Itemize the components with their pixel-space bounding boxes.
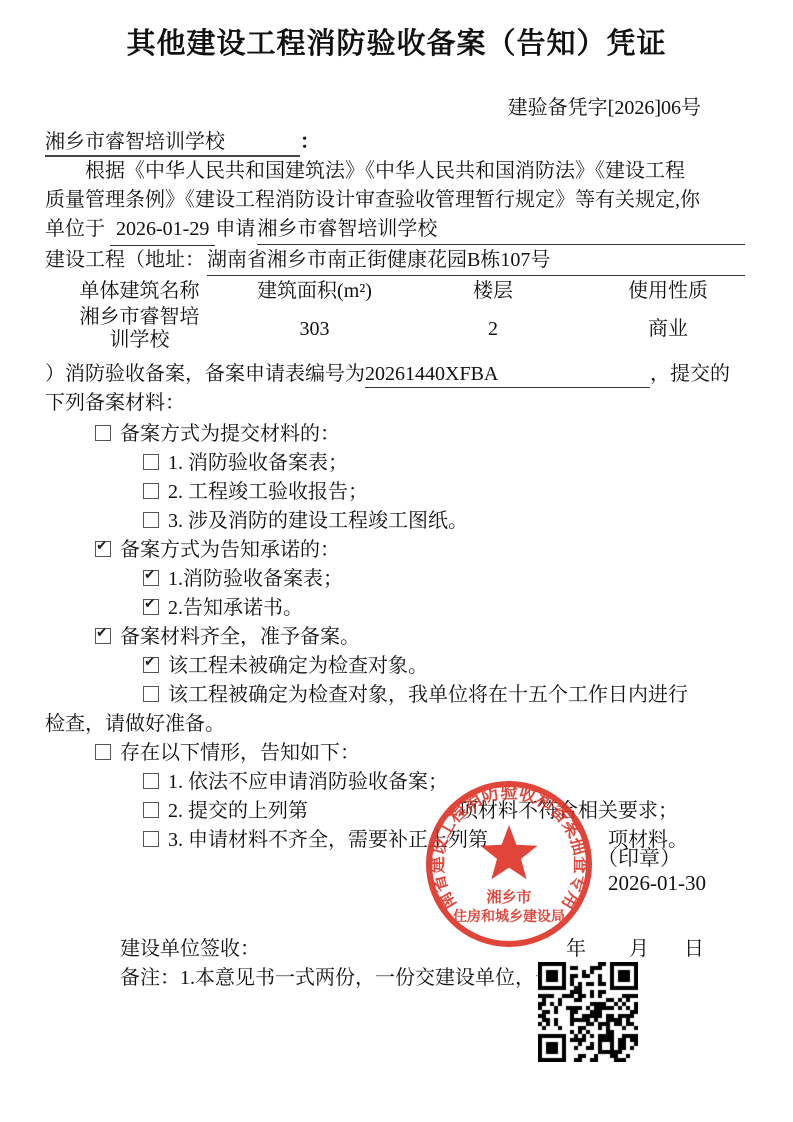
filing-line: ）消防验收备案，备案申请表编号为20261440XFBA，提交的 — [45, 360, 745, 389]
checklist-item: 备案方式为提交材料的： — [95, 420, 745, 449]
checklist-item: 该工程未被确定为检查对象。 — [143, 652, 745, 681]
day-label: 日 — [684, 932, 704, 961]
table-cell-area: 303 — [234, 305, 395, 353]
building-table: 单体建筑名称 建筑面积(m²) 楼层 使用性质 湘乡市睿智培训学校 303 2 … — [45, 277, 745, 353]
official-seal: 湖南省建设工程消防验收和备案抽查专用章 湘乡市 住房和城乡建设局 — [424, 779, 594, 954]
checklist-item: 1. 消防验收备案表； — [143, 449, 745, 478]
checklist-item: 该工程被确定为检查对象，我单位将在十五个工作日内进行检查，请做好准备。 — [45, 681, 745, 739]
addressee-line: 湘乡市睿智培训学校： — [45, 128, 745, 157]
document-number: 建验备凭字[2026]06号 — [0, 96, 793, 120]
stamp-date: 2026-01-30 — [608, 871, 706, 896]
checkbox-checked-icon — [95, 628, 111, 644]
apply-line: 单位于 2026-01-29 申请 湘乡市睿智培训学校 — [45, 215, 745, 246]
checklist-item: 存在以下情形，告知如下： — [95, 739, 745, 768]
page-title: 其他建设工程消防验收备案（告知）凭证 — [0, 0, 793, 62]
table-cell-usage: 商业 — [591, 305, 745, 353]
checkbox-unchecked-icon — [143, 454, 159, 470]
filing-line-2: 下列备案材料： — [45, 389, 745, 418]
checkbox-unchecked-icon — [143, 483, 159, 499]
checkbox-unchecked-icon — [143, 802, 159, 818]
checkbox-unchecked-icon — [95, 744, 111, 760]
table-header-building-name: 单体建筑名称 — [45, 277, 234, 305]
addressee-colon: ： — [300, 131, 320, 153]
checklist: 备案方式为提交材料的： 1. 消防验收备案表； 2. 工程竣工验收报告； 3. … — [45, 420, 745, 855]
checkbox-unchecked-icon — [95, 425, 111, 441]
checkbox-unchecked-icon — [143, 686, 159, 702]
intro-line-1: 根据《中华人民共和国建筑法》《中华人民共和国消防法》《建设工程 — [45, 157, 745, 186]
checkbox-unchecked-icon — [143, 512, 159, 528]
checklist-item: 3. 涉及消防的建设工程竣工图纸。 — [143, 507, 745, 536]
seal-star-icon — [481, 825, 538, 879]
seal-org-line2: 住房和城乡建设局 — [453, 908, 565, 925]
checklist-item: 1.消防验收备案表； — [143, 565, 745, 594]
seal-org-line1: 湘乡市 — [486, 888, 531, 906]
intro-line-2: 质量管理条例》《建设工程消防设计审查验收管理暂行规定》等有关规定,你 — [45, 186, 745, 215]
table-cell-building-name: 湘乡市睿智培训学校 — [45, 305, 234, 353]
sign-label: 建设单位签收： — [120, 932, 260, 961]
table-header-floor: 楼层 — [395, 277, 591, 305]
checklist-item: 2. 工程竣工验收报告； — [143, 478, 745, 507]
document-body: 湘乡市睿智培训学校： 根据《中华人民共和国建筑法》《中华人民共和国消防法》《建设… — [0, 128, 793, 855]
addressee-name: 湘乡市睿智培训学校 — [45, 130, 300, 157]
checkbox-unchecked-icon — [143, 831, 159, 847]
checklist-item: 2.告知承诺书。 — [143, 594, 745, 623]
checkbox-unchecked-icon — [143, 773, 159, 789]
checkbox-checked-icon — [143, 570, 159, 586]
checklist-item: 备案材料齐全，准予备案。 — [95, 623, 745, 652]
filing-suffix: ，提交的 — [650, 363, 730, 385]
apply-mid: 申请 — [215, 215, 255, 244]
applicant-name: 湘乡市睿智培训学校 — [257, 215, 745, 245]
checklist-item: 备案方式为告知承诺的： — [95, 536, 745, 565]
filing-prefix: ）消防验收备案，备案申请表编号为 — [45, 363, 365, 385]
checkbox-checked-icon — [95, 541, 111, 557]
table-cell-floor: 2 — [395, 305, 591, 353]
checkbox-checked-icon — [143, 657, 159, 673]
apply-date: 2026-01-29 — [110, 215, 215, 246]
checkbox-checked-icon — [143, 599, 159, 615]
table-header-usage: 使用性质 — [591, 277, 745, 305]
apply-prefix: 单位于 — [45, 215, 105, 244]
note-row: 备注：1.本意见书一式两份，一份交建设单位，一 — [120, 961, 555, 990]
project-address: 湖南省湘乡市南正街健康花园B栋107号 — [207, 246, 745, 276]
month-label: 月 — [629, 932, 649, 961]
address-line: 建设工程（地址： 湖南省湘乡市南正街健康花园B栋107号 — [45, 246, 745, 276]
qr-code — [538, 962, 638, 1062]
filing-number: 20261440XFBA — [365, 362, 650, 388]
address-prefix: 建设工程（地址： — [45, 246, 205, 275]
certificate-page: 其他建设工程消防验收备案（告知）凭证 建验备凭字[2026]06号 湘乡市睿智培… — [0, 0, 793, 1122]
table-header-area: 建筑面积(m²) — [234, 277, 395, 305]
stamp-note: （印章） — [597, 842, 681, 872]
